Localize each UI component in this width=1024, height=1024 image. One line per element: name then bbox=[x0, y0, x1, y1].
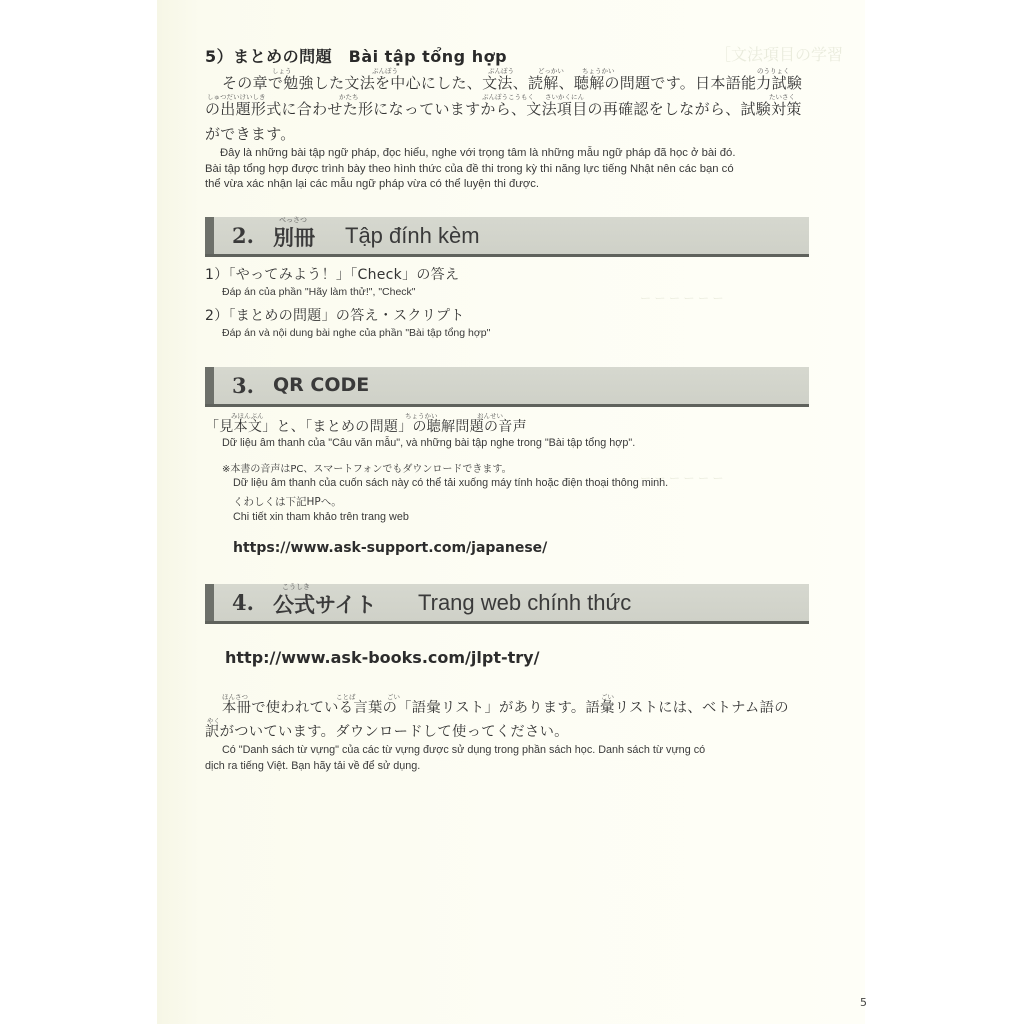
section-4-jp-line-1: 本冊で使われている言葉の「語彙リスト」があります。語彙リストには、ベトナム語の bbox=[222, 697, 789, 717]
header-accent-block bbox=[205, 367, 214, 404]
support-url-link[interactable]: https://www.ask-support.com/japanese/ bbox=[233, 540, 547, 556]
section-5-vn-line-2: Bài tập tổng hợp được trình bày theo hìn… bbox=[205, 163, 734, 175]
section-2-jp-title: 別冊 bbox=[273, 222, 315, 252]
bleed-through-text: ー ー ー ー ー ー bbox=[640, 290, 723, 306]
section-3-vn-line: Dữ liệu âm thanh của "Câu văn mẫu", và n… bbox=[222, 437, 635, 449]
section-5-vn-line-3: thể vừa xác nhận lại các mẫu ngữ pháp vừ… bbox=[205, 178, 539, 190]
section-2-item-1-jp: 1）「やってみよう！」「Check」の答え bbox=[205, 264, 459, 284]
section-number: 4. bbox=[232, 590, 254, 615]
section-2-item-2-jp: 2）「まとめの問題」の答え・スクリプト bbox=[205, 305, 465, 325]
section-2-item-2-vn: Đáp án và nội dung bài nghe của phần "Bà… bbox=[222, 327, 490, 339]
header-accent-block bbox=[205, 217, 214, 254]
section-3-note-jp: ※本書の音声はPC、スマートフォンでもダウンロードできます。 bbox=[222, 460, 512, 475]
section-4-jp-title: 公式サイト bbox=[273, 589, 377, 619]
section-4-vn-line-1: Có "Danh sách từ vựng" của các từ vựng đ… bbox=[222, 744, 705, 756]
section-3-note-vn-2: Chi tiết xin tham khảo trên trang web bbox=[233, 511, 409, 523]
section-3-header: 3. QR CODE bbox=[205, 367, 809, 407]
section-3-title: QR CODE bbox=[273, 374, 369, 396]
official-site-url-link[interactable]: http://www.ask-books.com/jlpt-try/ bbox=[225, 648, 539, 667]
section-3-note-jp-2: くわしくは下記HPへ。 bbox=[233, 494, 342, 509]
section-3-note-vn: Dữ liệu âm thanh của cuốn sách này có th… bbox=[233, 477, 668, 489]
section-4-header: 4. こうしき 公式サイト Trang web chính thức bbox=[205, 584, 809, 624]
section-number: 2. bbox=[232, 223, 254, 248]
bleed-through-text: ［文法項目の学習 bbox=[715, 42, 843, 65]
section-2-header: 2. べっさつ 別冊 Tập đính kèm bbox=[205, 217, 809, 257]
section-4-vn-line-2: dịch ra tiếng Việt. Bạn hãy tải về để sử… bbox=[205, 760, 420, 772]
section-5-jp-line-1: その章で勉強した文法を中心にした、文法、読解、聴解の問題です。日本語能力試験 bbox=[222, 72, 802, 93]
section-number: 3. bbox=[232, 373, 254, 398]
page-number: 5 bbox=[860, 996, 867, 1009]
section-4-vn-title: Trang web chính thức bbox=[418, 590, 631, 616]
section-5-vn-line-1: Đây là những bài tập ngữ pháp, đọc hiểu,… bbox=[220, 147, 735, 159]
section-5-title: 5）まとめの問題 Bài tập tổng hợp bbox=[205, 44, 507, 67]
header-accent-block bbox=[205, 584, 214, 621]
section-5-jp-line-2: の出題形式に合わせた形になっていますから、文法項目の再確認をしながら、試験対策 bbox=[205, 98, 802, 119]
section-2-vn-title: Tập đính kèm bbox=[345, 223, 480, 249]
section-5-jp-line-3: ができます。 bbox=[205, 123, 296, 144]
section-2-item-1-vn: Đáp án của phần "Hãy làm thử!", "Check" bbox=[222, 286, 416, 298]
section-4-jp-line-2: 訳がついています。ダウンロードして使ってください。 bbox=[205, 721, 569, 741]
section-3-jp-line: 「見本文」と、「まとめの問題」の聴解問題の音声 bbox=[205, 416, 527, 436]
